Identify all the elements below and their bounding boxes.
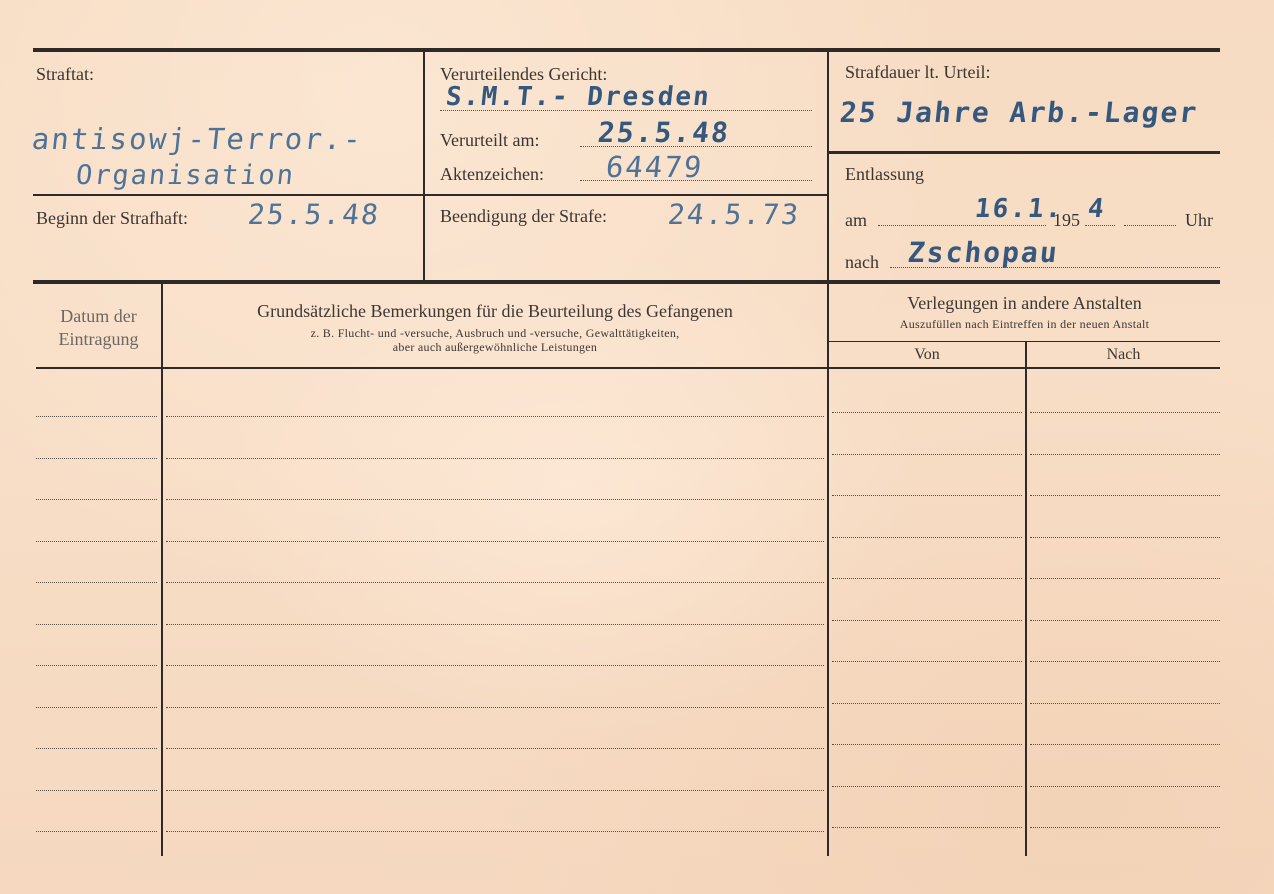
col-datum-header-line1: Datum der <box>36 306 161 327</box>
row-dotted-line <box>166 458 824 459</box>
row-dotted-line <box>1030 703 1220 704</box>
beendigung-value[interactable]: 24.5.73 <box>666 198 801 231</box>
straftat-label: Straftat: <box>36 64 94 85</box>
beginn-value[interactable]: 25.5.48 <box>246 198 381 231</box>
aktenzeichen-value[interactable]: 64479 <box>604 150 705 184</box>
entlassung-am-label: am <box>845 210 867 231</box>
row-dotted-line <box>166 499 824 500</box>
aktenzeichen-label: Aktenzeichen: <box>440 164 544 185</box>
row-dotted-line <box>166 707 824 708</box>
col-bemerkungen-header: Grundsätzliche Bemerkungen für die Beurt… <box>163 301 827 322</box>
entlassung-am-value[interactable]: 16.1. <box>973 194 1064 224</box>
row-dotted-line <box>166 748 824 749</box>
beendigung-label: Beendigung der Strafe: <box>440 206 607 227</box>
row-dotted-line <box>36 748 157 749</box>
row-dotted-line <box>36 707 157 708</box>
row-dotted-line <box>166 831 824 832</box>
row-dotted-line <box>36 582 157 583</box>
entlassung-year-prefix: 195 <box>1053 210 1080 231</box>
entlassung-nach-label: nach <box>845 252 879 273</box>
aktenzeichen-dotted-line <box>580 180 812 181</box>
table-divider-von-nach <box>1025 342 1027 856</box>
row-dotted-line <box>36 831 157 832</box>
row-dotted-line <box>166 582 824 583</box>
top-border <box>33 48 1220 52</box>
strafdauer-label: Strafdauer lt. Urteil: <box>845 62 990 83</box>
strafdauer-value[interactable]: 25 Jahre Arb.-Lager <box>838 96 1200 129</box>
straftat-value-line2[interactable]: Organisation <box>74 160 296 191</box>
row-dotted-line <box>36 458 157 459</box>
row-dotted-line <box>832 786 1022 787</box>
verurteilt-am-dotted-line <box>580 146 812 147</box>
row-dotted-line <box>166 790 824 791</box>
row-dotted-line <box>832 495 1022 496</box>
row-dotted-line <box>1030 454 1220 455</box>
row-dotted-line <box>1030 786 1220 787</box>
row-dotted-line <box>832 744 1022 745</box>
row-dotted-line <box>36 790 157 791</box>
row-dotted-line <box>166 624 824 625</box>
top-section-bottom-border <box>33 280 1220 284</box>
divider-strafdauer <box>829 151 1220 154</box>
divider-col2 <box>827 52 829 282</box>
row-dotted-line <box>36 624 157 625</box>
row-dotted-line <box>166 416 824 417</box>
beginn-label: Beginn der Strafhaft: <box>36 208 188 229</box>
row-dotted-line <box>1030 620 1220 621</box>
entlassung-uhr-dotted-line <box>1124 225 1176 226</box>
col-verlegungen-sub: Auszufüllen nach Eintreffen in der neuen… <box>829 317 1220 332</box>
col-nach-header: Nach <box>1027 346 1220 364</box>
verurteilt-am-value[interactable]: 25.5.48 <box>596 116 731 149</box>
row-dotted-line <box>36 416 157 417</box>
gericht-value[interactable]: S.M.T.- Dresden <box>444 82 712 112</box>
row-dotted-line <box>1030 412 1220 413</box>
row-dotted-line <box>36 665 157 666</box>
table-divider-datum <box>161 284 163 856</box>
row-dotted-line <box>166 665 824 666</box>
row-dotted-line <box>1030 578 1220 579</box>
entlassung-nach-value[interactable]: Zschopau <box>906 236 1060 269</box>
row-dotted-line <box>832 412 1022 413</box>
col-bemerkungen-sub1: z. B. Flucht- und -versuche, Ausbruch un… <box>163 326 827 341</box>
row-dotted-line <box>1030 744 1220 745</box>
col-verlegungen-header: Verlegungen in andere Anstalten <box>829 293 1220 314</box>
row-dotted-line <box>166 541 824 542</box>
verurteilt-am-label: Verurteilt am: <box>440 130 539 151</box>
col-von-header: Von <box>829 346 1025 364</box>
row-dotted-line <box>1030 495 1220 496</box>
row-dotted-line <box>832 827 1022 828</box>
row-dotted-line <box>832 454 1022 455</box>
gericht-dotted-line <box>440 110 812 111</box>
entlassung-year-dotted-line <box>1085 225 1115 226</box>
row-dotted-line <box>832 537 1022 538</box>
col-datum-header-line2: Eintragung <box>36 329 161 350</box>
table-header-bottom-rule <box>36 367 1220 369</box>
divider-col1 <box>423 52 425 282</box>
row-dotted-line <box>832 703 1022 704</box>
row-dotted-line <box>36 541 157 542</box>
row-dotted-line <box>1030 661 1220 662</box>
table-subheader-rule <box>829 341 1220 342</box>
entlassung-year-digit[interactable]: 4 <box>1086 194 1107 224</box>
entlassung-uhr-label: Uhr <box>1185 210 1213 231</box>
row-dotted-line <box>832 661 1022 662</box>
entlassung-am-dotted-line <box>878 225 1046 226</box>
divider-row-left <box>33 194 827 196</box>
row-dotted-line <box>36 499 157 500</box>
row-dotted-line <box>832 578 1022 579</box>
row-dotted-line <box>832 620 1022 621</box>
col-bemerkungen-sub2: aber auch außergewöhnliche Leistungen <box>163 340 827 355</box>
row-dotted-line <box>1030 537 1220 538</box>
table-divider-bemerkungen <box>827 284 829 856</box>
entlassung-label: Entlassung <box>845 164 924 185</box>
row-dotted-line <box>1030 827 1220 828</box>
straftat-value-line1[interactable]: antisowj-Terror.- <box>30 122 364 156</box>
